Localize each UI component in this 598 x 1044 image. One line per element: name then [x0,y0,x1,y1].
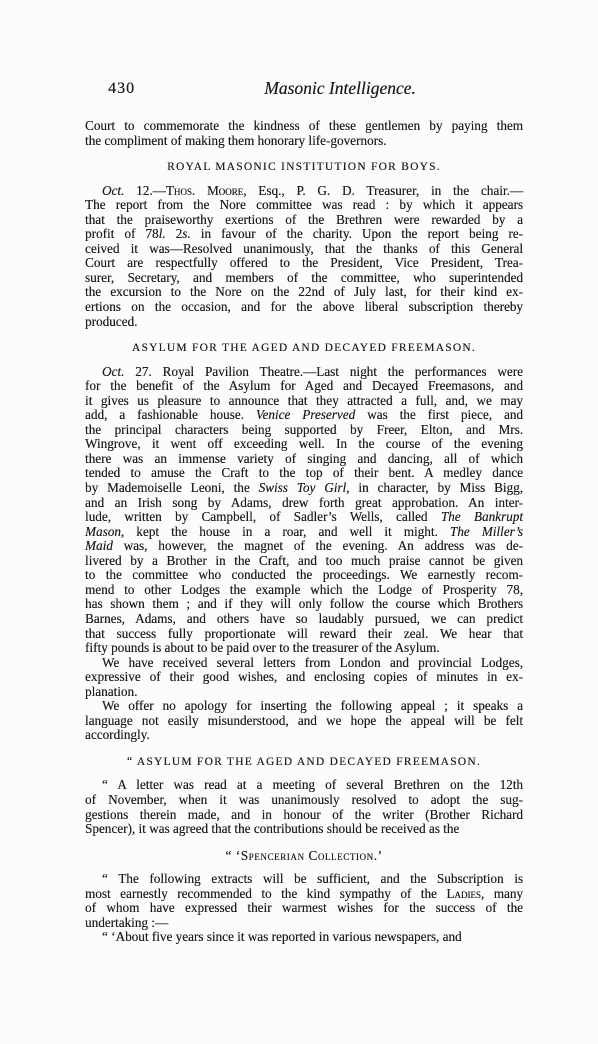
text-line: Court are respectfully offered to the Pr… [85,256,523,271]
text-line: We offer no apology for inserting the fo… [85,699,523,714]
paragraph: Court to commemorate the kindness of the… [85,119,523,148]
text-line: The report from the Nore committee was r… [85,198,523,213]
text-line: that the praiseworthy exertions of the B… [85,213,523,228]
text-line: add, a fashionable house. Venice Preserv… [85,408,523,423]
text-line: surer, Secretary, and members of the com… [85,271,523,286]
text-line: “ ‘Spencerian Collection.’ [85,849,523,864]
text-line: ASYLUM FOR THE AGED AND DECAYED FREEMASO… [85,341,523,356]
section-heading: “ ASYLUM FOR THE AGED AND DECAYED FREEMA… [85,755,523,770]
text-line: there was an immense variety of singing … [85,452,523,467]
paragraph: We offer no apology for inserting the fo… [85,699,523,743]
text-line: lude, written by Campbell, of Sadler’s W… [85,510,523,525]
text-line: Wingrove, it went off exceeding well. In… [85,437,523,452]
text-body: Court to commemorate the kindness of the… [85,119,523,945]
text-line: it gives us pleasure to announce that th… [85,394,523,409]
text-line: expressive of their good wishes, and enc… [85,670,523,685]
text-line: accordingly. [85,728,523,743]
text-line: for the benefit of the Asylum for Aged a… [85,379,523,394]
text-line: Court to commemorate the kindness of the… [85,119,523,134]
text-line: most earnestly recommended to the kind s… [85,887,523,902]
text-line: “ The following extracts will be suffici… [85,872,523,887]
text-line: Barnes, Adams, and others have so laudab… [85,612,523,627]
text-line: “ ‘About five years since it was reporte… [85,930,523,945]
paragraph: We have received several letters from Lo… [85,656,523,700]
text-line: “ ASYLUM FOR THE AGED AND DECAYED FREEMA… [85,755,523,770]
text-line: by Mademoiselle Leoni, the Swiss Toy Gir… [85,481,523,496]
text-line: gestions therein made, and in honour of … [85,808,523,823]
text-line: “ A letter was read at a meeting of seve… [85,778,523,793]
paragraph: Oct. 12.—Thos. Moore, Esq., P. G. D. Tre… [85,184,523,329]
section-heading: “ ‘Spencerian Collection.’ [85,849,523,864]
text-line: Oct. 12.—Thos. Moore, Esq., P. G. D. Tre… [85,184,523,199]
text-line: the principal characters being supported… [85,423,523,438]
text-line: that success fully proportionate will re… [85,627,523,642]
running-title: Masonic Intelligence. [264,78,416,99]
section-heading: ROYAL MASONIC INSTITUTION FOR BOYS. [85,160,523,175]
text-line: livered by a Brother in the Craft, and t… [85,554,523,569]
text-line: language not easily misunderstood, and w… [85,714,523,729]
text-line: of November, when it was unanimously res… [85,793,523,808]
text-line: and an Irish song by Adams, drew forth g… [85,496,523,511]
text-line: undertaking :— [85,916,523,931]
text-line: produced. [85,315,523,330]
paragraph: “ The following extracts will be suffici… [85,872,523,930]
text-line: profit of 78l. 2s. in favour of the char… [85,227,523,242]
text-line: Maid was, however, the magnet of the eve… [85,539,523,554]
text-line: tended to amuse the Craft to the top of … [85,466,523,481]
text-line: We have received several letters from Lo… [85,656,523,671]
text-line: planation. [85,685,523,700]
text-line: the excursion to the Nore on the 22nd of… [85,285,523,300]
text-line: ertions on the occasion, and for the abo… [85,300,523,315]
text-line: of whom have expressed their warmest wis… [85,901,523,916]
document-page: { "page": { "number": "430", "running_ti… [0,0,598,1044]
section-heading: ASYLUM FOR THE AGED AND DECAYED FREEMASO… [85,341,523,356]
text-line: fifty pounds is about to be paid over to… [85,641,523,656]
text-line: Mason, kept the house in a roar, and wel… [85,525,523,540]
text-line: Oct. 27. Royal Pavilion Theatre.—Last ni… [85,365,523,380]
text-line: Spencer), it was agreed that the contrib… [85,822,523,837]
paragraph: “ A letter was read at a meeting of seve… [85,778,523,836]
text-line: mend to other Lodges the example which t… [85,583,523,598]
page-number: 430 [108,80,135,98]
paragraph: “ ‘About five years since it was reporte… [85,930,523,945]
text-line: has shown them ; and if they will only f… [85,597,523,612]
text-line: ceived it was—Resolved unanimously, that… [85,242,523,257]
text-line: to the committee who conducted the proce… [85,568,523,583]
text-line: the compliment of making them honorary l… [85,134,523,149]
paragraph: Oct. 27. Royal Pavilion Theatre.—Last ni… [85,365,523,656]
text-line: ROYAL MASONIC INSTITUTION FOR BOYS. [85,160,523,175]
